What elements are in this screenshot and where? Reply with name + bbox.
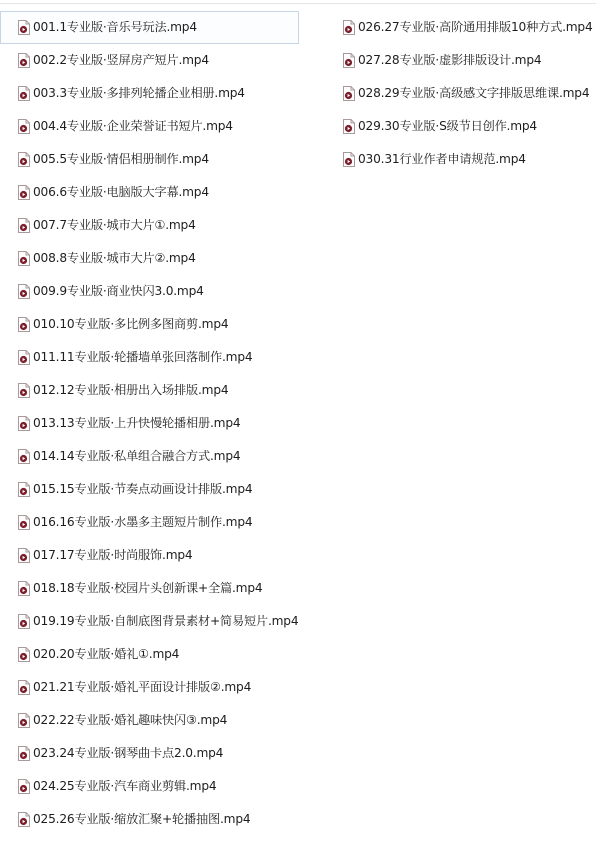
video-file-icon (18, 251, 30, 266)
video-file-icon (18, 449, 30, 464)
file-name: 020.20专业版·婚礼①.mp4 (33, 647, 179, 662)
file-name: 018.18专业版·校园片头创新课+全篇.mp4 (33, 581, 262, 596)
file-item-26[interactable]: 026.27专业版·高阶通用排版10种方式.mp4 (325, 11, 596, 44)
file-item-8[interactable]: 008.8专业版·城市大片②.mp4 (0, 242, 299, 275)
video-file-icon (18, 185, 30, 200)
file-item-28[interactable]: 028.29专业版·高级感文字排版思维课.mp4 (325, 77, 596, 110)
video-file-icon (18, 218, 30, 233)
file-item-12[interactable]: 012.12专业版·相册出入场排版.mp4 (0, 374, 299, 407)
file-item-16[interactable]: 016.16专业版·水墨多主题短片制作.mp4 (0, 506, 299, 539)
file-name: 029.30专业版·S级节日创作.mp4 (358, 119, 537, 134)
video-file-icon (343, 152, 355, 167)
file-item-3[interactable]: 003.3专业版·多排列轮播企业相册.mp4 (0, 77, 299, 110)
file-item-17[interactable]: 017.17专业版·时尚服饰.mp4 (0, 539, 299, 572)
file-item-5[interactable]: 005.5专业版·情侣相册制作.mp4 (0, 143, 299, 176)
file-item-13[interactable]: 013.13专业版·上升快慢轮播相册.mp4 (0, 407, 299, 440)
file-item-2[interactable]: 002.2专业版·竖屏房产短片.mp4 (0, 44, 299, 77)
file-name: 022.22专业版·婚礼趣味快闪③.mp4 (33, 713, 227, 728)
file-item-30[interactable]: 030.31行业作者申请规范.mp4 (325, 143, 596, 176)
file-item-6[interactable]: 006.6专业版·电脑版大字幕.mp4 (0, 176, 299, 209)
file-item-11[interactable]: 011.11专业版·轮播墙单张回落制作.mp4 (0, 341, 299, 374)
file-item-29[interactable]: 029.30专业版·S级节日创作.mp4 (325, 110, 596, 143)
file-item-25[interactable]: 025.26专业版·缩放汇聚+轮播抽图.mp4 (0, 803, 299, 836)
file-item-9[interactable]: 009.9专业版·商业快闪3.0.mp4 (0, 275, 299, 308)
file-name: 015.15专业版·节奏点动画设计排版.mp4 (33, 482, 252, 497)
file-name: 017.17专业版·时尚服饰.mp4 (33, 548, 192, 563)
video-file-icon (18, 86, 30, 101)
file-item-20[interactable]: 020.20专业版·婚礼①.mp4 (0, 638, 299, 671)
file-name: 023.24专业版·钢琴曲卡点2.0.mp4 (33, 746, 223, 761)
video-file-icon (343, 53, 355, 68)
file-name: 025.26专业版·缩放汇聚+轮播抽图.mp4 (33, 812, 250, 827)
file-name: 026.27专业版·高阶通用排版10种方式.mp4 (358, 20, 593, 35)
video-file-icon (18, 614, 30, 629)
video-file-icon (18, 383, 30, 398)
file-name: 012.12专业版·相册出入场排版.mp4 (33, 383, 228, 398)
file-name: 004.4专业版·企业荣誉证书短片.mp4 (33, 119, 233, 134)
file-name: 011.11专业版·轮播墙单张回落制作.mp4 (33, 350, 252, 365)
file-item-4[interactable]: 004.4专业版·企业荣誉证书短片.mp4 (0, 110, 299, 143)
file-name: 009.9专业版·商业快闪3.0.mp4 (33, 284, 204, 299)
file-name: 027.28专业版·虚影排版设计.mp4 (358, 53, 541, 68)
file-name: 021.21专业版·婚礼平面设计排版②.mp4 (33, 680, 251, 695)
file-name: 002.2专业版·竖屏房产短片.mp4 (33, 53, 209, 68)
file-name: 013.13专业版·上升快慢轮播相册.mp4 (33, 416, 240, 431)
file-item-19[interactable]: 019.19专业版·自制底图背景素材+简易短片.mp4 (0, 605, 299, 638)
file-item-10[interactable]: 010.10专业版·多比例多图商剪.mp4 (0, 308, 299, 341)
video-file-icon (18, 779, 30, 794)
file-name: 003.3专业版·多排列轮播企业相册.mp4 (33, 86, 245, 101)
video-file-icon (343, 119, 355, 134)
file-item-21[interactable]: 021.21专业版·婚礼平面设计排版②.mp4 (0, 671, 299, 704)
video-file-icon (18, 713, 30, 728)
video-file-icon (343, 20, 355, 35)
video-file-icon (343, 86, 355, 101)
video-file-icon (18, 53, 30, 68)
video-file-icon (18, 152, 30, 167)
file-name: 005.5专业版·情侣相册制作.mp4 (33, 152, 209, 167)
file-item-27[interactable]: 027.28专业版·虚影排版设计.mp4 (325, 44, 596, 77)
file-name: 028.29专业版·高级感文字排版思维课.mp4 (358, 86, 589, 101)
file-column-left: 001.1专业版·音乐号玩法.mp4 002.2专业版·竖屏房产短片.mp4 0… (0, 11, 299, 836)
file-name: 014.14专业版·私单组合融合方式.mp4 (33, 449, 240, 464)
video-file-icon (18, 482, 30, 497)
video-file-icon (18, 350, 30, 365)
file-item-18[interactable]: 018.18专业版·校园片头创新课+全篇.mp4 (0, 572, 299, 605)
file-list: 001.1专业版·音乐号玩法.mp4 002.2专业版·竖屏房产短片.mp4 0… (0, 0, 596, 843)
file-name: 030.31行业作者申请规范.mp4 (358, 152, 526, 167)
video-file-icon (18, 20, 30, 35)
video-file-icon (18, 284, 30, 299)
file-name: 007.7专业版·城市大片①.mp4 (33, 218, 196, 233)
video-file-icon (18, 647, 30, 662)
file-item-7[interactable]: 007.7专业版·城市大片①.mp4 (0, 209, 299, 242)
file-name: 006.6专业版·电脑版大字幕.mp4 (33, 185, 209, 200)
file-item-24[interactable]: 024.25专业版·汽车商业剪辑.mp4 (0, 770, 299, 803)
file-name: 016.16专业版·水墨多主题短片制作.mp4 (33, 515, 252, 530)
video-file-icon (18, 515, 30, 530)
video-file-icon (18, 746, 30, 761)
video-file-icon (18, 416, 30, 431)
file-name: 008.8专业版·城市大片②.mp4 (33, 251, 196, 266)
file-item-1[interactable]: 001.1专业版·音乐号玩法.mp4 (0, 11, 299, 44)
video-file-icon (18, 581, 30, 596)
file-column-right: 026.27专业版·高阶通用排版10种方式.mp4 027.28专业版·虚影排版… (325, 11, 596, 176)
video-file-icon (18, 812, 30, 827)
file-name: 010.10专业版·多比例多图商剪.mp4 (33, 317, 228, 332)
file-item-15[interactable]: 015.15专业版·节奏点动画设计排版.mp4 (0, 473, 299, 506)
file-name: 019.19专业版·自制底图背景素材+简易短片.mp4 (33, 614, 298, 629)
video-file-icon (18, 680, 30, 695)
video-file-icon (18, 119, 30, 134)
file-name: 001.1专业版·音乐号玩法.mp4 (33, 20, 197, 35)
file-item-22[interactable]: 022.22专业版·婚礼趣味快闪③.mp4 (0, 704, 299, 737)
file-item-14[interactable]: 014.14专业版·私单组合融合方式.mp4 (0, 440, 299, 473)
video-file-icon (18, 317, 30, 332)
file-name: 024.25专业版·汽车商业剪辑.mp4 (33, 779, 216, 794)
video-file-icon (18, 548, 30, 563)
file-item-23[interactable]: 023.24专业版·钢琴曲卡点2.0.mp4 (0, 737, 299, 770)
